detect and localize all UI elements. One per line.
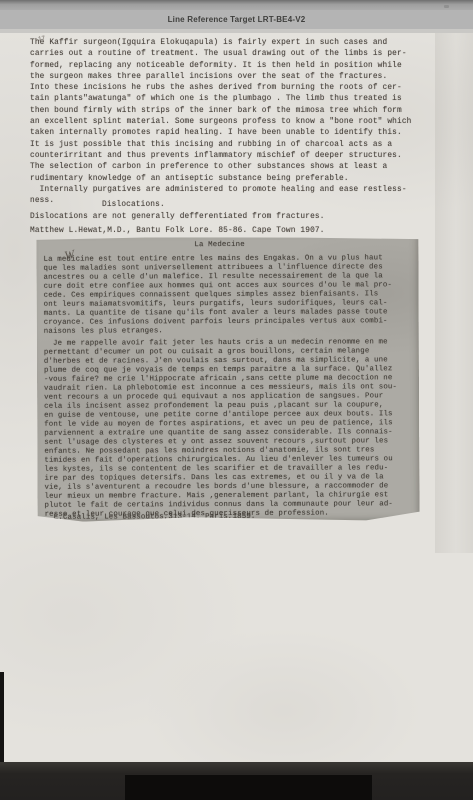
french-paragraph-2: Je me rappelle avoir fait jeter les haut…: [44, 338, 398, 520]
scanner-band-mark: [444, 5, 449, 8]
paper-sheet: 17 fractures. The Kaffir surgeon(Igquira…: [0, 33, 473, 762]
film-edge-strip: [0, 672, 4, 762]
english-paragraph: The Kaffir surgeon(Igquira Elokuqapula) …: [30, 38, 411, 207]
dislocations-heading: Dislocations.: [102, 200, 165, 211]
scanned-document-page: Line Reference Target LRT-BE4-V2 17 frac…: [0, 0, 473, 800]
english-citation: Matthew L.Hewat,M.D., Bantu Folk Lore. 8…: [30, 226, 325, 237]
scanner-top-strip: [0, 0, 473, 10]
french-clipping: La Medecine W La medicine est tout entir…: [36, 236, 419, 522]
scanner-header-band: Line Reference Target LRT-BE4-V2: [0, 10, 473, 29]
french-citation: E.Casalis, Les Bassoutos,313-14. Paris,1…: [45, 513, 256, 523]
french-paragraph-1: La medicine est tout entire entre les ma…: [43, 254, 392, 337]
dislocations-sentence: Dislocations are not generally defferent…: [30, 212, 325, 223]
la-medecine-heading: La Medecine: [194, 241, 244, 250]
sheet-right-edge: [435, 33, 473, 553]
line-reference-target-label: Line Reference Target LRT-BE4-V2: [168, 15, 306, 24]
film-black-rectangle: [125, 775, 372, 800]
scanner-bottom-band: [0, 762, 473, 800]
